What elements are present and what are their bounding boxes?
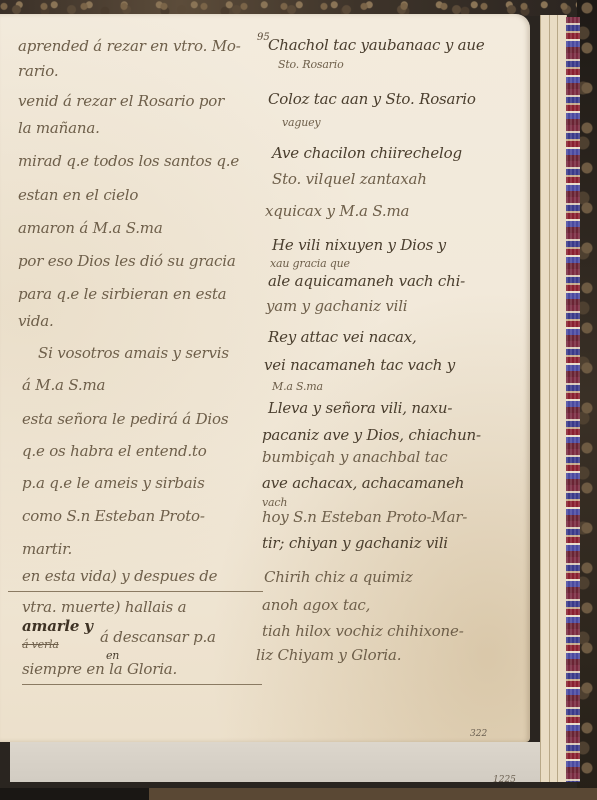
marbled-endpaper (566, 17, 580, 782)
right-line: xquicax y M.a S.ma (265, 202, 409, 220)
right-line: ave achacax, achacamaneh (262, 474, 464, 492)
right-line: xau gracia que (270, 257, 350, 270)
left-line: mirad q.e todos los santos q.e (18, 152, 239, 170)
left-line: vtra. muerte) hallais a (22, 598, 186, 616)
right-line: Coloz tac aan y Sto. Rosario (268, 90, 476, 108)
right-line: Sto. Rosario (278, 58, 344, 71)
left-line: la mañana. (18, 119, 100, 137)
left-line: rario. (18, 62, 58, 80)
left-line: amaron á M.a S.ma (18, 219, 163, 237)
rule-line (8, 591, 263, 592)
right-line: tir; chiyan y gachaniz vili (262, 534, 448, 552)
right-line: Ave chacilon chiirechelog (272, 144, 462, 162)
right-line: ale aquicamaneh vach chi- (268, 272, 465, 290)
folio-stamp: 322 (470, 729, 487, 739)
left-line: aprended á rezar en vtro. Mo- (18, 37, 241, 55)
left-line: para q.e le sirbieran en esta (18, 285, 226, 303)
left-line: siempre en la Gloria. (22, 660, 177, 678)
right-line: tiah hilox vochiz chihixone- (262, 622, 464, 640)
manuscript-leaf: 95 322 aprended á rezar en vtro. Mo- rar… (0, 14, 530, 742)
right-line: bumbiçah y anachbal tac (262, 448, 447, 466)
left-line: esta señora le pedirá á Dios (22, 410, 228, 428)
left-line: en esta vida) y despues de (22, 567, 217, 585)
left-line: como S.n Esteban Proto- (22, 507, 205, 525)
right-line: M.a S.ma (272, 380, 323, 393)
guard-strip (10, 742, 540, 782)
right-line: Chachol tac yaubanaac y aue (268, 36, 485, 54)
left-line: martir. (22, 540, 72, 558)
left-line: amarle y (22, 617, 93, 635)
book-cover-right (577, 0, 597, 800)
right-line: Chirih chiz a quimiz (264, 568, 413, 586)
left-line: p.a q.e le ameis y sirbais (22, 474, 205, 492)
left-line: á descansar p.a (100, 628, 216, 646)
left-line: Si vosotros amais y servis (38, 344, 229, 362)
right-line: liz Chiyam y Gloria. (256, 646, 401, 664)
right-line: pacaniz ave y Dios, chiachun- (262, 426, 481, 444)
guard-folio-stamp: 1225 (493, 775, 516, 785)
right-line: anoh agox tac, (262, 596, 370, 614)
right-line: vei nacamaneh tac vach y (264, 356, 455, 374)
left-line: q.e os habra el entend.to (22, 442, 207, 460)
struck-text: á verla (22, 638, 59, 651)
left-line: vida. (18, 312, 54, 330)
left-line: por eso Dios les dió su gracia (18, 252, 236, 270)
right-line: He vili nixuyen y Dios y (272, 236, 446, 254)
right-line: Sto. vilquel zantaxah (272, 170, 427, 188)
right-line: vaguey (282, 116, 320, 129)
rule-line (22, 684, 262, 685)
left-line: á M.a S.ma (22, 376, 105, 394)
right-line: yam y gachaniz vili (266, 297, 407, 315)
book-cover-bottom (0, 788, 597, 800)
left-line: venid á rezar el Rosario por (18, 92, 224, 110)
right-line: Lleva y señora vili, naxu- (268, 399, 452, 417)
left-line: estan en el cielo (18, 186, 138, 204)
right-line: Rey attac vei nacax, (268, 328, 417, 346)
right-line: hoy S.n Esteban Proto-Mar- (262, 508, 467, 526)
